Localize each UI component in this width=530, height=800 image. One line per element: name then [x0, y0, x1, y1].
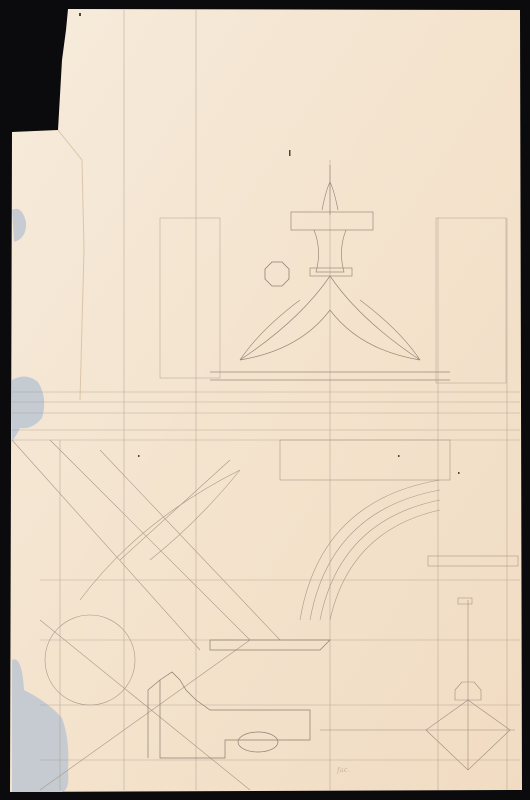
handwritten-note: fac.: [337, 766, 350, 775]
drawing-scan: fac.: [0, 0, 530, 800]
paper-sheet: [10, 9, 522, 792]
drawing-sheet: [0, 0, 530, 800]
